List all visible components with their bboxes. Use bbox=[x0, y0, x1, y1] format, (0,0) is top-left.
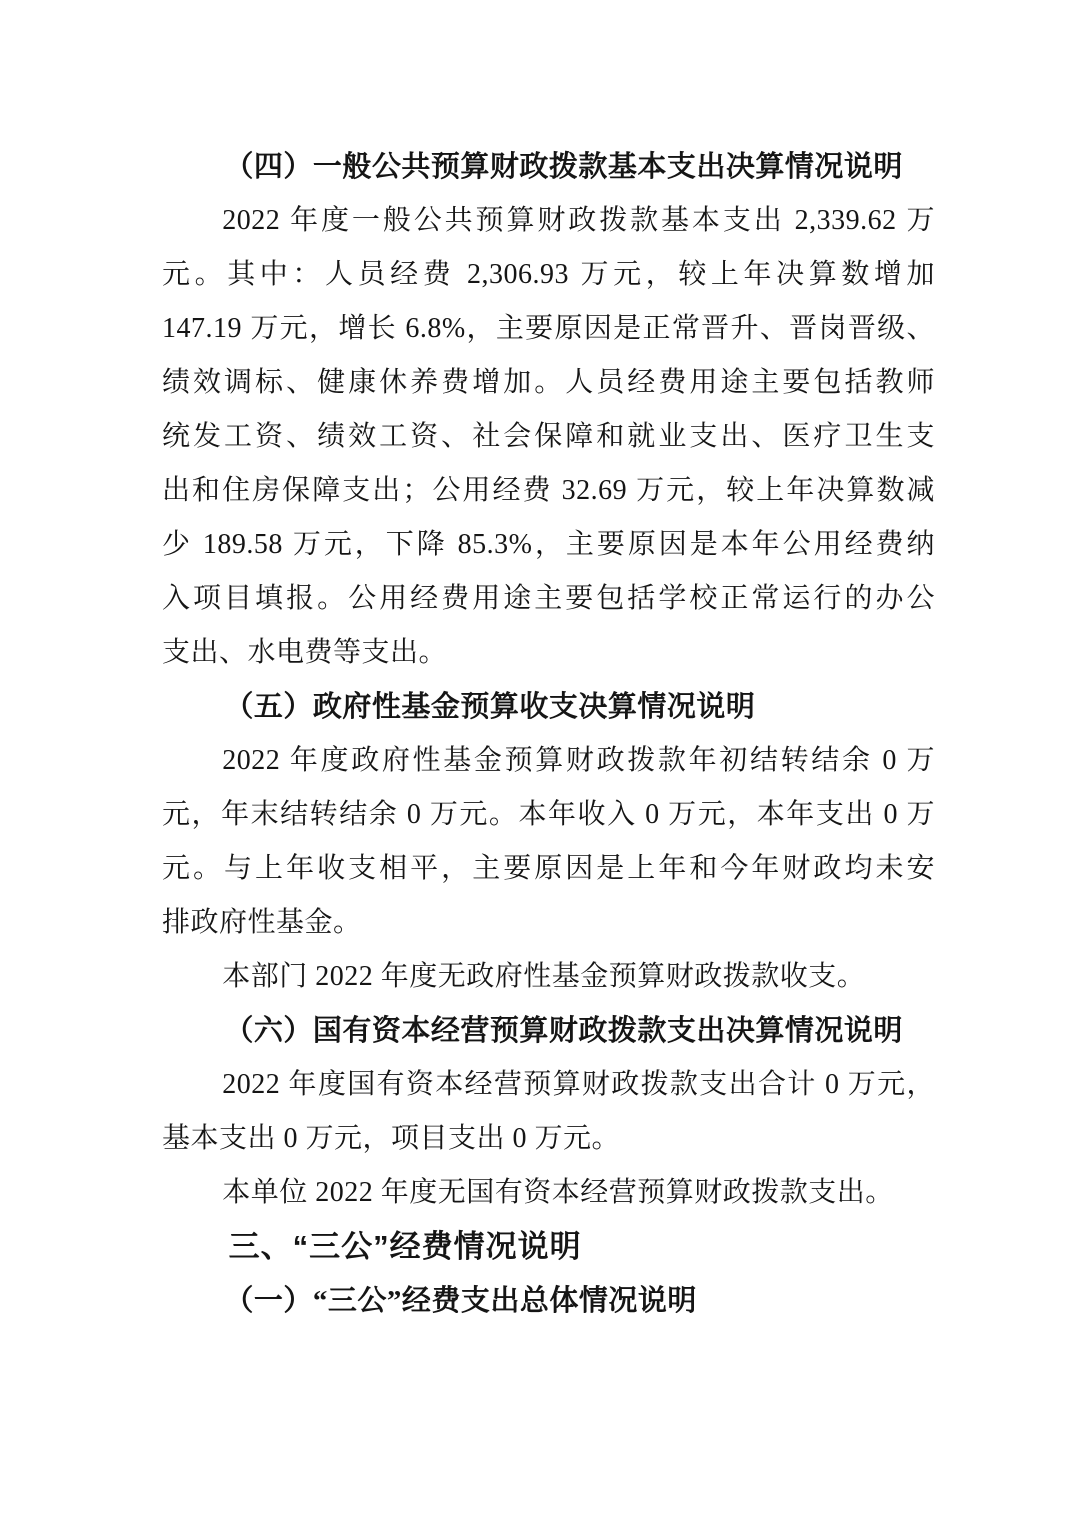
text-line: 统发工资、绩效工资、社会保障和就业支出、医疗卫生支 bbox=[162, 410, 935, 464]
document-page: （四）一般公共预算财政拨款基本支出决算情况说明2022 年度一般公共预算财政拨款… bbox=[0, 0, 1074, 1520]
text-line: 绩效调标、健康休养费增加。人员经费用途主要包括教师 bbox=[162, 356, 935, 410]
text-line: 本单位 2022 年度无国有资本经营预算财政拨款支出。 bbox=[162, 1166, 935, 1220]
text-line: 基本支出 0 万元，项目支出 0 万元。 bbox=[162, 1112, 935, 1166]
text-line: 本部门 2022 年度无政府性基金预算财政拨款收支。 bbox=[162, 950, 935, 1004]
heading-chapter-3: 三、“三公”经费情况说明 bbox=[162, 1220, 935, 1274]
document-content: （四）一般公共预算财政拨款基本支出决算情况说明2022 年度一般公共预算财政拨款… bbox=[162, 140, 935, 1328]
text-line: 元，年末结转结余 0 万元。本年收入 0 万元，本年支出 0 万 bbox=[162, 788, 935, 842]
heading-section-5: （五）政府性基金预算收支决算情况说明 bbox=[162, 680, 935, 734]
text-line: 2022 年度国有资本经营预算财政拨款支出合计 0 万元， bbox=[162, 1058, 935, 1112]
text-line: 2022 年度政府性基金预算财政拨款年初结转结余 0 万 bbox=[162, 734, 935, 788]
text-line: 入项目填报。公用经费用途主要包括学校正常运行的办公 bbox=[162, 572, 935, 626]
text-line: 少 189.58 万元，下降 85.3%，主要原因是本年公用经费纳 bbox=[162, 518, 935, 572]
heading-section-6: （六）国有资本经营预算财政拨款支出决算情况说明 bbox=[162, 1004, 935, 1058]
heading-section-4: （四）一般公共预算财政拨款基本支出决算情况说明 bbox=[162, 140, 935, 194]
text-line: 147.19 万元，增长 6.8%，主要原因是正常晋升、晋岗晋级、 bbox=[162, 302, 935, 356]
text-line: 出和住房保障支出；公用经费 32.69 万元，较上年决算数减 bbox=[162, 464, 935, 518]
text-line: 2022 年度一般公共预算财政拨款基本支出 2,339.62 万 bbox=[162, 194, 935, 248]
text-line: 排政府性基金。 bbox=[162, 896, 935, 950]
text-line: 元。其中：人员经费 2,306.93 万元，较上年决算数增加 bbox=[162, 248, 935, 302]
text-line: 支出、水电费等支出。 bbox=[162, 626, 935, 680]
heading-section-1: （一）“三公”经费支出总体情况说明 bbox=[162, 1274, 935, 1328]
text-line: 元。与上年收支相平，主要原因是上年和今年财政均未安 bbox=[162, 842, 935, 896]
